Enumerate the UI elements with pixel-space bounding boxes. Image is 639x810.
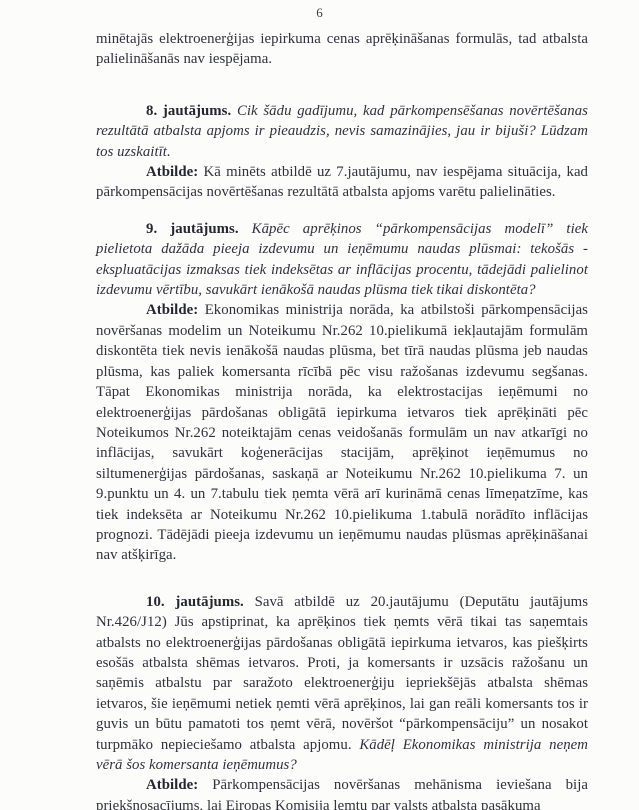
- question-8-label: 8. jautājums.: [146, 103, 231, 119]
- paragraph-text: minētajās elektroenerģijas iepirkuma cen…: [96, 31, 588, 67]
- answer-10-label: Atbilde:: [146, 777, 198, 793]
- question-10-label: 10. jautājums.: [146, 594, 244, 610]
- paragraph-answer-10: Atbilde: Pārkompensācijas novēršanas meh…: [96, 775, 588, 810]
- answer-9-text: Ekonomikas ministrija norāda, ka atbilst…: [96, 302, 588, 563]
- question-9-label: 9. jautājums.: [146, 221, 239, 237]
- document-body: minētajās elektroenerģijas iepirkuma cen…: [96, 29, 588, 810]
- paragraph-question-9: 9. jautājums. Kāpēc aprēķinos “pārkompen…: [96, 219, 588, 301]
- paragraph-intro-continuation: minētajās elektroenerģijas iepirkuma cen…: [96, 29, 588, 70]
- paragraph-question-8: 8. jautājums. Cik šādu gadījumu, kad pār…: [96, 101, 588, 162]
- paragraph-question-10: 10. jautājums. Savā atbildē uz 20.jautāj…: [96, 592, 588, 776]
- scanned-document-page: 6 minētajās elektroenerģijas iepirkuma c…: [0, 0, 639, 810]
- page-number: 6: [0, 5, 639, 21]
- paragraph-answer-8: Atbilde: Kā minēts atbildē uz 7.jautājum…: [96, 162, 588, 203]
- paragraph-answer-9: Atbilde: Ekonomikas ministrija norāda, k…: [96, 300, 588, 565]
- answer-8-label: Atbilde:: [146, 164, 198, 180]
- answer-9-label: Atbilde:: [146, 302, 198, 318]
- question-10-text: Savā atbildē uz 20.jautājumu (Deputātu j…: [96, 594, 588, 753]
